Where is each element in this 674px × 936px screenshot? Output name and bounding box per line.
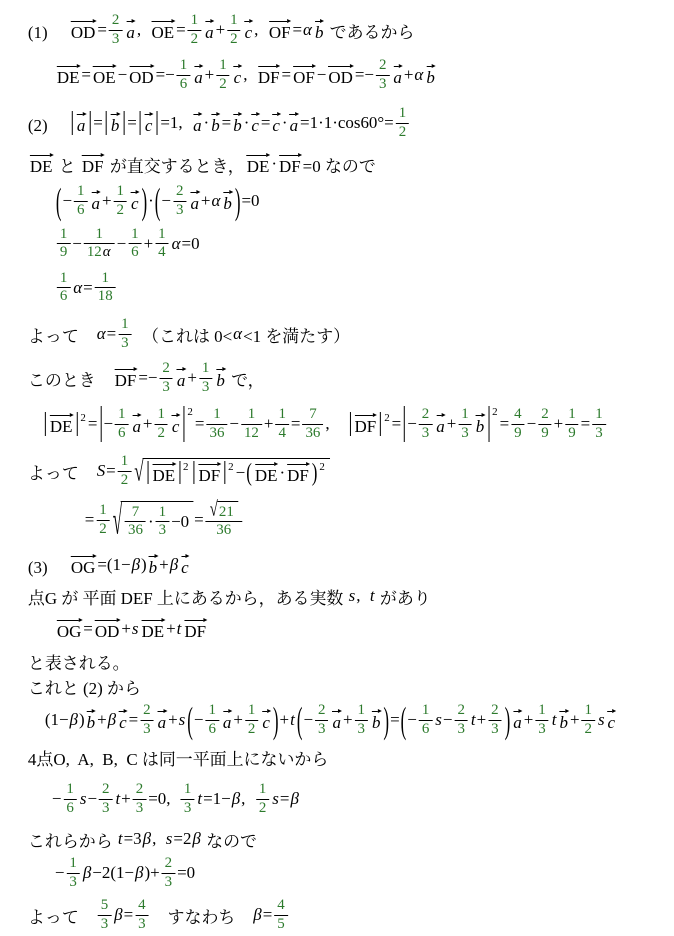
radical-icon: √ [210,500,218,521]
vector-base: DE [246,158,271,176]
variable: s [434,710,443,730]
text-run: − [52,789,62,809]
vector-base: a [189,195,199,213]
abs-bar [45,412,46,436]
numerator: 7 [125,504,146,521]
abs-bar [100,406,101,442]
variable: t [176,619,183,639]
text-run: = [500,414,510,434]
vector-base: b [371,714,381,732]
absolute-value: b [104,111,126,135]
abs-bar [89,111,90,135]
vector-term: DF [286,461,310,485]
text-run: = [282,65,292,85]
vector-base: OF [268,24,292,42]
text-run: − [55,863,65,883]
text-run: （これは 0< [134,322,233,347]
paren-content: −16a+12c [194,702,272,738]
abs-bar [72,111,73,135]
text-run: = [93,113,103,133]
text-run: = [88,414,98,434]
fraction: 29 [538,406,551,442]
denominator: 2 [227,30,240,48]
text-run: = [222,113,232,133]
text-run: + [205,65,215,85]
denominator: 36 [302,424,323,442]
vector-base: DE [141,623,166,641]
text-run: = [83,619,93,639]
fraction: 23 [173,183,186,219]
right-arrow-icon [204,18,214,24]
square-root: √DE2DF2−(DE·DF)2 [134,458,330,485]
fraction: 16 [115,406,128,442]
radicand: 21 [217,501,238,521]
right-arrow-icon [94,617,120,623]
right-arrow-icon [233,63,243,69]
close-paren-icon: ) [272,701,280,738]
variable: β [231,789,241,809]
text-run: =− [156,65,175,85]
fraction: √2136 [206,501,242,540]
fraction: 23 [109,12,122,48]
text-run: · [271,154,277,174]
text-run: これと (2) から [28,674,141,699]
right-arrow-icon [286,461,310,467]
math-line: OG=OD+sDE+tDF [0,610,672,648]
abs-bar [76,412,77,436]
right-arrow-icon [257,63,281,69]
vector-base: DF [257,69,281,87]
fraction: 13 [199,360,212,396]
right-arrow-icon [180,553,190,559]
numerator: 1 [535,702,548,719]
variable: β [191,829,201,849]
right-arrow-icon [261,708,271,714]
right-arrow-icon [70,18,96,24]
abs-bar [179,461,180,485]
vector-term: a [157,708,167,732]
right-arrow-icon [246,152,271,158]
abs-bar [488,406,489,442]
vector-term: c [171,412,181,436]
vector-term: OD [94,617,120,641]
math-line: と表される。 [0,648,672,674]
fraction: 19 [57,226,70,262]
superscript: 2 [80,413,85,424]
vector-base: OD [94,623,120,641]
vector-base: c [180,559,190,577]
variable: t [114,789,121,809]
text-run: + [168,710,178,730]
numerator: 1 [155,226,168,243]
vector-term: b [425,63,435,87]
close-paren-icon: ) [382,701,390,738]
abs-bar [106,111,107,135]
vector-base: a [157,714,167,732]
denominator: 3 [173,201,186,219]
vector-base: a [392,69,402,87]
text-run: = [581,414,591,434]
text-run: = [106,461,116,481]
abs-bar [123,111,124,135]
vector-term: a [392,63,402,87]
vector-base: a [222,714,232,732]
fraction: 736 [125,504,146,540]
square-root: √736·13−0 [113,501,193,540]
denominator: 3 [159,378,172,396]
right-arrow-icon [70,553,96,559]
variable: α [232,324,243,344]
text-run: · [204,113,210,133]
vector-term: c [607,708,617,732]
vector-term: b [232,111,242,135]
denominator: 3 [315,720,328,738]
numerator: 1 [63,781,76,798]
right-arrow-icon [278,152,302,158]
text-run: =1·1·cos60°= [300,113,394,133]
text-run: + [264,414,274,434]
right-arrow-icon [171,412,181,418]
text-run: − [118,65,128,85]
text-run: これらから [28,827,117,852]
math-line: よって S=12√DE2DF2−(DE·DF)2 [0,450,672,492]
right-arrow-icon [289,111,299,117]
math-line: (3) OG=(1−β)b+βc [0,548,672,582]
text-run: 4点O, A, B, C は同一平面上にないから [28,745,328,770]
right-arrow-icon [125,18,135,24]
text-run: (1− [45,710,69,730]
denominator: 3 [156,521,169,539]
text-run: + [187,368,197,388]
variable: t [289,710,296,730]
paren-group: (−16s−23t+23) [400,702,512,738]
superscript: 2 [183,462,188,473]
variable: t [117,829,124,849]
numerator: 5 [98,897,111,914]
fraction: 16 [128,226,141,262]
text-run: = [280,789,290,809]
variable: α [302,20,313,40]
right-arrow-icon [29,152,54,158]
numerator: √21 [206,501,242,521]
superscript: 2 [492,407,497,418]
right-arrow-icon [327,63,353,69]
vector-term: DF [183,617,207,641]
text-run: ) [79,710,85,730]
superscript: 2 [187,407,192,418]
text-run: =− [138,368,157,388]
vector-term: a [76,111,86,135]
abs-bar [350,412,351,436]
vector-term: a [289,111,299,135]
numerator: 2 [376,57,389,74]
vector-base: DF [81,158,105,176]
variable: s [348,586,357,606]
math-document: (1) OD=23a, OE=12a+12c, OF=αb であるからDE=OE… [0,0,674,936]
vector-term: DF [114,366,138,390]
fraction: 12 [188,12,201,48]
numerator: 2 [315,702,328,719]
fraction: 12 [245,702,258,738]
open-paren-icon: ( [154,182,162,219]
text-run: + [280,710,290,730]
text-run: − [194,710,204,730]
variable: α [102,244,112,261]
text-run: 点G が 平面 DEF 上にあるから，ある実数 [28,584,348,609]
denominator: 3 [135,915,148,933]
variable: α [72,278,83,298]
abs-bar [140,111,141,135]
vector-term: c [250,111,260,135]
numerator: 2 [162,855,175,872]
variable: α [96,324,107,344]
text-run: + [143,414,153,434]
vector-term: DE [141,617,166,641]
vector-base: b [86,714,96,732]
vector-term: c [144,111,154,135]
text-run: − [443,710,453,730]
denominator: 2 [396,123,409,141]
text-run: =(1− [97,555,130,575]
denominator: 36 [206,521,242,539]
absolute-value: DF2 [192,461,235,485]
right-arrow-icon [128,63,154,69]
text-run: = [263,905,273,925]
math-line: −16s−23t+23=0, 13t=1−β, 12s=β [0,772,672,826]
square-root: √21 [210,501,238,521]
numerator: 1 [458,406,471,423]
absolute-value: −16a+12c2 [98,406,193,442]
math-line: (1−β)b+βc=23a+s(−16a+12c)+t(−23a+13b)=(−… [0,698,672,742]
text-run: + [166,619,176,639]
right-arrow-icon [118,708,128,714]
text-run: , [152,829,165,849]
text-run: + [201,191,211,211]
paren-content: DE·DF [253,461,311,485]
right-arrow-icon [86,708,96,714]
open-paren-icon: ( [245,460,253,485]
fraction: 23 [133,781,146,817]
numerator: 1 [156,504,169,521]
denominator: 6 [205,720,218,738]
vector-base: a [289,117,299,135]
text-run: = [83,278,93,298]
numerator: 1 [256,781,269,798]
abs-bar [380,412,381,436]
vector-term: DE [151,461,176,485]
numerator: 4 [511,406,524,423]
right-arrow-icon [130,189,140,195]
paren-group: (−16a+12c) [55,183,148,219]
text-run: − [103,414,113,434]
vector-term: DE [254,461,279,485]
math-line: −13β−2(1−β)+23=0 [0,852,672,894]
variable: s [597,710,606,730]
vector-term: DE [56,63,81,87]
math-line: よって α=13 （これは 0<α<1 を満たす） [0,310,672,358]
variable: t [369,586,376,606]
abs-bar [147,461,148,485]
math-line: これらから t=3β, s=2β なので [0,826,672,852]
open-paren-icon: ( [55,182,63,219]
open-paren-icon: ( [400,701,408,738]
denominator: 6 [419,720,432,738]
variable: s [131,619,140,639]
denominator: 2 [114,201,127,219]
fraction: 19 [565,406,578,442]
right-arrow-icon [56,63,81,69]
vector-term: DE [246,152,271,176]
fraction: 136 [206,406,227,442]
right-arrow-icon [607,708,617,714]
denominator: 2 [245,720,258,738]
denominator: 2 [582,720,595,738]
fraction: 23 [419,406,432,442]
fraction: 23 [159,360,172,396]
text-run: = [176,20,186,40]
text-run: + [159,555,169,575]
numerator: 1 [241,406,262,423]
text-run: + [554,414,564,434]
vector-term: b [222,189,232,213]
vector-term: OD [128,63,154,87]
text-run: ) [141,555,147,575]
text-run: で， [227,366,265,391]
denominator: 3 [458,424,471,442]
vector-base: b [232,117,242,135]
vector-base: c [250,117,260,135]
variable: β [169,555,179,575]
fraction: 23 [454,702,467,738]
vector-base: OG [56,623,82,641]
denominator: 3 [98,915,111,933]
text-run: + [524,710,534,730]
text-run: + [233,710,243,730]
superscript: 2 [228,462,233,473]
fraction: 112α [84,226,115,262]
text-run: と表される。 [28,649,130,674]
text-run: + [343,710,353,730]
fraction: 53 [98,897,111,933]
right-arrow-icon [198,461,222,467]
text-run: )+ [144,863,159,883]
fraction: 12 [227,12,240,48]
vector-base: b [110,117,120,135]
fraction: 16 [177,57,190,93]
vector-term: a [435,412,445,436]
vector-term: OG [70,553,96,577]
fraction: 13 [181,781,194,817]
text-run: =3 [124,829,142,849]
text-run: = [81,65,91,85]
right-arrow-icon [271,111,281,117]
superscript: 2 [319,462,324,473]
denominator: 4 [275,424,288,442]
denominator: 2 [216,75,229,93]
absolute-value: c [138,111,159,135]
fraction: 736 [302,406,323,442]
text-run: =0 [177,863,195,883]
denominator: 9 [538,424,551,442]
abs-bar [156,111,157,135]
absolute-value: DE2 [43,412,87,436]
vector-term: OD [327,63,353,87]
vector-term: OF [268,18,292,42]
text-run: このとき [28,366,113,391]
vector-base: a [435,418,445,436]
vector-term: OE [151,18,176,42]
numerator: 1 [177,57,190,74]
text-run: − [407,414,417,434]
open-paren-icon: ( [296,701,304,738]
numerator: 1 [154,406,167,423]
right-arrow-icon [110,111,120,117]
denominator: 6 [128,243,141,261]
vector-base: OG [70,559,96,577]
vector-term: b [371,708,381,732]
numerator: 2 [173,183,186,200]
text-run: <1 を満たす） [243,322,350,347]
text-run: − [407,710,417,730]
text-run: − [161,191,171,211]
denominator: 3 [592,424,605,442]
numerator: 1 [592,406,605,423]
fraction: 23 [376,57,389,93]
math-line: よって 53β=43 すなわち β=45 [0,894,672,936]
vector-term: a [176,366,186,390]
math-line: DE と DF が直交するとき，DE·DF=0 なので [0,148,672,180]
vector-term: DE [49,412,74,436]
denominator: 9 [565,424,578,442]
numerator: 1 [57,270,70,287]
vector-term: DF [81,152,105,176]
fraction: 43 [135,897,148,933]
right-arrow-icon [144,111,154,117]
right-arrow-icon [90,189,100,195]
fraction: 12 [114,183,127,219]
math-line: これと (2) から [0,674,672,698]
text-run: − [117,234,127,254]
vector-term: DF [198,461,222,485]
vector-base: a [193,69,203,87]
vector-term: a [222,708,232,732]
text-run: , [243,65,256,85]
fraction: 45 [274,897,287,933]
right-arrow-icon [193,63,203,69]
math-line: (1) OD=23a, OE=12a+12c, OF=αb であるから [0,8,672,52]
numerator: 1 [74,183,87,200]
fraction: 13 [118,316,131,352]
fraction: 12 [256,781,269,817]
right-arrow-icon [183,617,207,623]
vector-base: a [204,24,214,42]
fraction: 13 [66,855,79,891]
vector-base: c [130,195,140,213]
vector-term: c [271,111,281,135]
math-line: DE=OE−OD=−16a+12c, DF=OF−OD=−23a+αb [0,52,672,98]
numerator: 2 [159,360,172,377]
vector-base: DF [286,467,310,485]
paren-group: (−23a+αb) [154,183,242,219]
vector-term: OD [70,18,96,42]
vector-base: DF [354,418,378,436]
vector-base: DE [29,158,54,176]
right-arrow-icon [392,63,402,69]
text-run: = [129,710,139,730]
numerator: 2 [488,702,501,719]
text-run: − [72,234,82,254]
text-run: = [392,414,402,434]
